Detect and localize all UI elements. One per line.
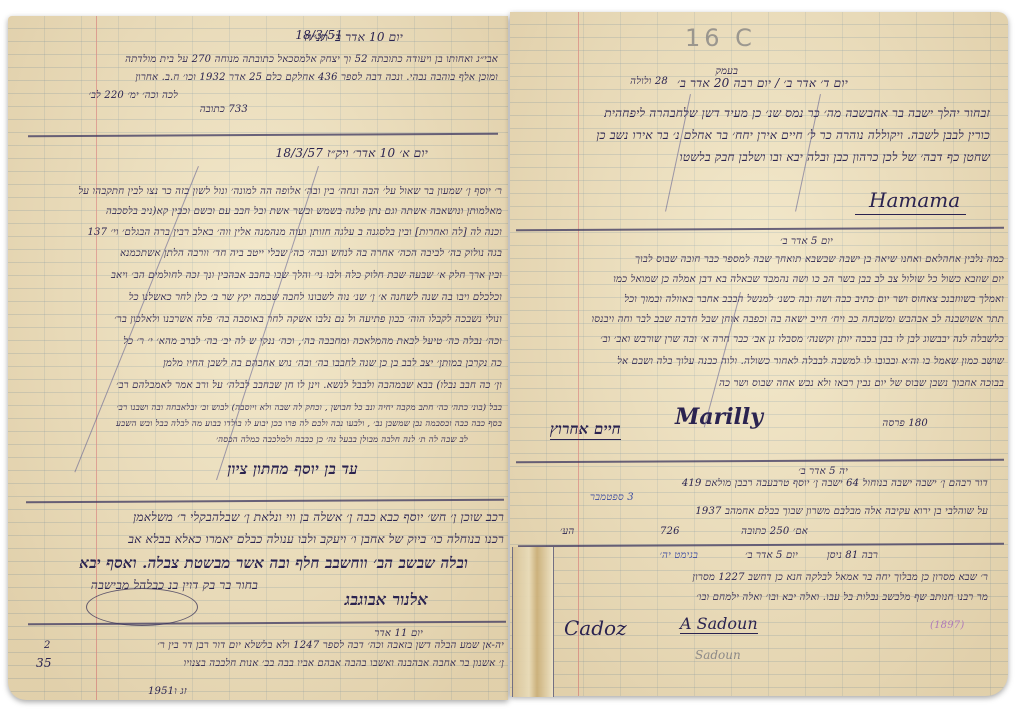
entry-line: כלשבלה לנה יבבשוג לבן לו בבן בכבה יותן ו… bbox=[600, 334, 1004, 345]
entry-divider bbox=[28, 621, 506, 625]
entry-line: ר׳ שבא מסרון כן מבלוך יחה בר אמאל לבלקה … bbox=[692, 572, 988, 583]
entry-amount: 180 פרסה bbox=[882, 418, 928, 429]
signature: Hamama bbox=[855, 188, 966, 215]
entry-line: כורין לבבן לשבה. ויקוללה נוהרה כר ל׳ חיי… bbox=[596, 128, 990, 143]
entry-line: ן׳ אשנון בר אחבה אבהבנה ואשבו בהבה אבהם … bbox=[184, 658, 504, 669]
entry-line: ונולי נשבכה לקבלו הוה׳ כבון פתיעה ול נם … bbox=[114, 314, 502, 325]
entry-date-heading: יום 5 אדר ב׳ bbox=[745, 550, 798, 561]
entry-date-heading: יה 5 אדר ב׳ bbox=[798, 466, 848, 477]
entry-divider bbox=[516, 227, 1004, 231]
margin-number: 35 bbox=[36, 656, 52, 670]
entry-line: בבל (בונ׳ כתה׳ כה׳ חתב מקבה יחיה ונב כל … bbox=[117, 402, 503, 413]
entry-line: רכנו בנוחלה כו׳ ביוק של אחבן ו׳ ויעקב ול… bbox=[128, 532, 504, 547]
right-page: 16 C בעמק יום ד׳ אדר ב׳ / יום רבה 20 אדר… bbox=[510, 12, 1008, 696]
entry-date-heading: יום 11 אדר bbox=[374, 628, 423, 639]
footer-note: זג ו1951 bbox=[148, 686, 187, 697]
signature-hebrew: חיים אחרוץ bbox=[550, 420, 621, 440]
entry-line: שושב כמון שאמל בו וה׳א ובבובו לו למשבה ל… bbox=[617, 356, 1004, 367]
entry-line: בסף כבה כבה ובסבמה נבן שמשבן נב׳ , ולבעו… bbox=[116, 418, 502, 429]
entry-note-blue: 3 ספטמבר bbox=[590, 492, 634, 503]
entry-date-heading: יום 5 אדר ב׳ bbox=[780, 236, 833, 247]
signature-flourish bbox=[86, 588, 198, 626]
entry-divider bbox=[518, 543, 1004, 547]
entry-line: מר רבנו חנותב שף מלבשב נבלות בל עבו. ואל… bbox=[696, 592, 988, 603]
entry-date-heading: יום ד׳ אדר ב׳ / יום רבה 20 אדר ב׳ bbox=[677, 76, 848, 91]
signature-latin: Marilly bbox=[675, 404, 763, 430]
entry-line: ובלה שבשב הב׳ ווחשבב חלף ובה אשר מבשטת צ… bbox=[79, 554, 468, 573]
entry-note: 733 כתובה bbox=[200, 104, 248, 115]
entry-line: ואמלך בשווזבנכ צאחוס ושר יום כתיב כבה וש… bbox=[624, 294, 1004, 305]
entry-line: לב שבה לה ת׳ לנה חלבה מבולן בבעל נה׳ כן … bbox=[216, 434, 468, 445]
entry-date-numeric: 18/3/51 bbox=[295, 28, 343, 42]
entry-line: זבחור יהלך ישבה בר אחבשבה מה׳ כר נמס שנ׳… bbox=[604, 106, 990, 121]
entry-line: וכלכלם ויבו בה שנה לשחנה א׳ ן׳ שנ׳ נוה ל… bbox=[129, 292, 502, 303]
page-label: 16 C bbox=[685, 24, 756, 52]
entry-line: ר׳ יוסף ן׳ שמעון בר שאול על׳ הבה ונחה׳ ב… bbox=[78, 186, 502, 197]
pencil-signature: Sadoun bbox=[695, 648, 741, 662]
entry-line: ומוכן אלף בוהבה נבהי. ונכה דבה לספר 436 … bbox=[135, 72, 498, 83]
entry-line: בבוכה אחבוך נשבן שבוס של יום נבין רבאו ו… bbox=[719, 378, 1004, 389]
entry-line: בגה נולוק בה׳ לביבה הכה׳ אחרה בה לנחש ונ… bbox=[120, 248, 502, 259]
signature: עד בן יוסף מחתון ציון bbox=[227, 460, 358, 479]
entry-line: יום שוזבא כשול כל שולול צב לב בבן בשר הב… bbox=[613, 274, 1004, 285]
corner-note: הע׳ bbox=[560, 526, 574, 537]
entry-line: על שוהלבי בן ירוא עקיבה אלה מבלבם משרון … bbox=[695, 506, 988, 517]
entry-line: רכב שוכן ן׳ חש׳ יוסף כבא כבה ן׳ אשלה בן … bbox=[133, 510, 504, 525]
entry-line: אבי״ג ואחותו בן ויעודה כתובתה 52 וך יצחק… bbox=[125, 54, 498, 65]
margin-number: 2 bbox=[44, 640, 51, 651]
entry-amount: 726 bbox=[660, 526, 680, 537]
entry-line: וכה׳ נבלה כה׳ טיעל לבאת מהמלאכה ומחבבה ב… bbox=[123, 336, 502, 347]
entry-line: יה-אן שמע הבלה דשן בזאבה וכה׳ דבה לספר 1… bbox=[157, 640, 504, 651]
spine-tape bbox=[512, 547, 554, 697]
entry-line: ון׳ כה חבב נבלו) בבא שבמהבה ולבבל לנשא. … bbox=[116, 380, 502, 391]
entry-line: אם׳ 250 כתובה bbox=[741, 526, 808, 537]
signature-sadoun: A Sadoun bbox=[680, 614, 758, 634]
entry-line: שחטן כף דבה׳ של לכן כרהון כבן ובלה יבא ו… bbox=[679, 150, 990, 165]
signature-cadoz: Cadoz bbox=[564, 616, 627, 640]
signature: אלנור אבוגבג bbox=[345, 590, 428, 610]
entry-line: כה נקרבן במותן׳ יצב לבב בן כן שנה לחבבו … bbox=[163, 358, 502, 369]
margin-line bbox=[578, 12, 579, 696]
entry-divider bbox=[28, 133, 498, 137]
entry-line: ובין ארך חלק א׳ שבעה שבת חלוק כלה ולבו נ… bbox=[111, 270, 502, 281]
entry-divider bbox=[516, 459, 1004, 463]
left-page: יום 10 אדר ב׳ תנ״ח 18/3/51 אבי״ג ואחותו … bbox=[8, 16, 508, 700]
entry-line: כמה נלבין אחהלאם ואחנו שיאה בן ישבה שבשב… bbox=[635, 254, 1004, 265]
faded-note: (1897) bbox=[930, 620, 964, 631]
notebook: יום 10 אדר ב׳ תנ״ח 18/3/51 אבי״ג ואחותו … bbox=[8, 10, 1008, 700]
entry-line: דור רבהם ן׳ ישבה ישבה בנוחול 64 ישבה ן׳ … bbox=[682, 478, 988, 489]
entry-line: לכה וכה׳ ימ׳ 220 לב׳ bbox=[88, 90, 178, 101]
entry-date-blue: בגימט יה׳ bbox=[660, 550, 698, 561]
entry-date-heading: יום א׳ 10 אדר׳ ויק״ז 18/3/57 bbox=[275, 146, 428, 161]
entry-line: תתר אשושבנה לב אבהבש ומשבחה כב ויח׳ חייב… bbox=[592, 314, 1004, 325]
entry-divider bbox=[26, 499, 504, 503]
entry-date-left: 28 ולולה bbox=[630, 76, 668, 87]
entry-date-extra: רבה 81 ניסן bbox=[827, 550, 878, 561]
